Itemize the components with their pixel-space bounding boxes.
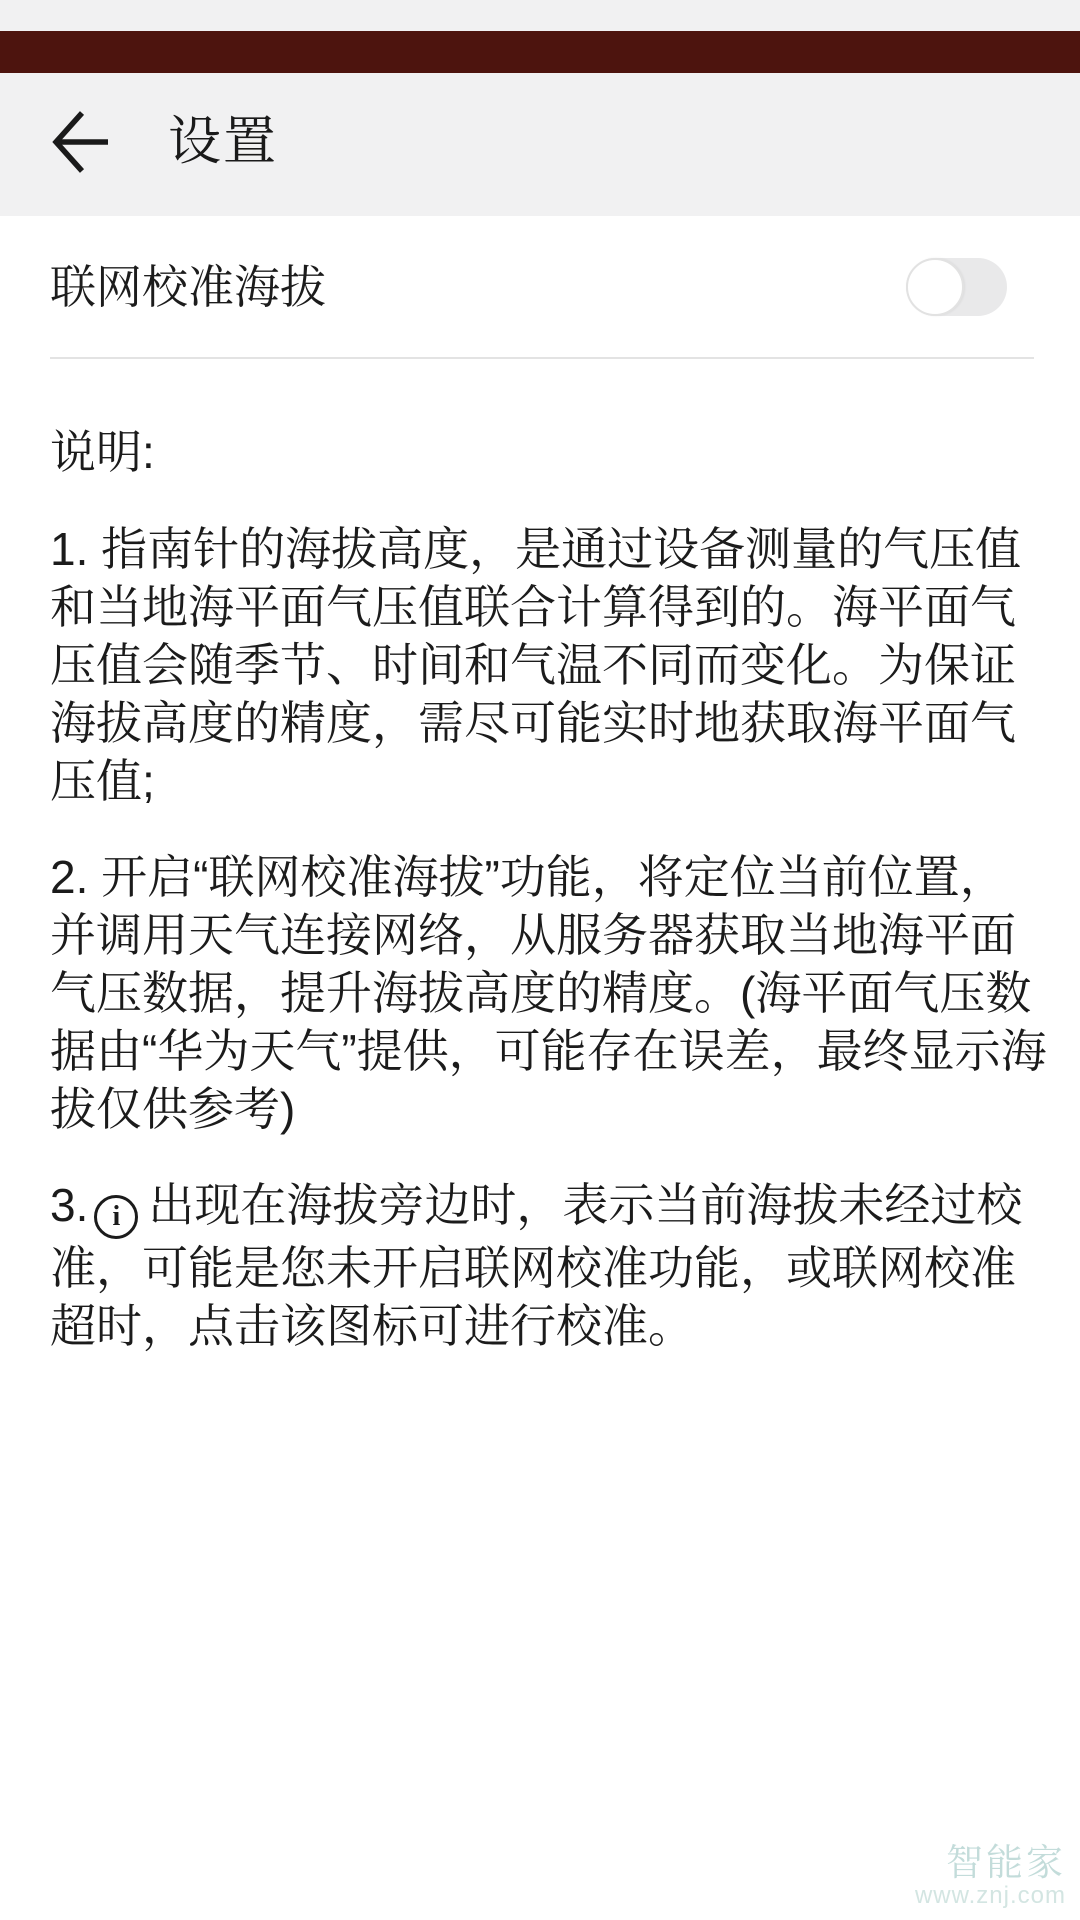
watermark: 智能家 www.znj.com [915,1844,1066,1910]
divider-line [50,357,1034,359]
watermark-url: www.znj.com [915,1882,1066,1910]
recording-indicator-bar [0,31,1080,73]
description-paragraph-2: 2. 开启“联网校准海拔”功能，将定位当前位置，并调用天气连接网络，从服务器获取… [50,848,1050,1138]
watermark-brand: 智能家 [915,1844,1066,1882]
online-calibration-toggle[interactable] [906,258,1007,316]
description-section: 说明: 1. 指南针的海拔高度，是通过设备测量的气压值和当地海平面气压值联合计算… [50,424,1050,1393]
description-heading: 说明: [50,424,1050,480]
paragraph-3-text: 出现在海拔旁边时，表示当前海拔未经过校准，可能是您未开启联网校准功能，或联网校准… [50,1179,1022,1352]
setting-label: 联网校准海拔 [50,258,326,316]
nav-row: 设置 [52,110,278,174]
toggle-knob [906,258,964,316]
description-paragraph-3: 3.i出现在海拔旁边时，表示当前海拔未经过校准，可能是您未开启联网校准功能，或联… [50,1176,1050,1355]
header-bar: 设置 [0,0,1080,216]
page-title: 设置 [168,110,278,174]
description-paragraph-1: 1. 指南针的海拔高度，是通过设备测量的气压值和当地海平面气压值联合计算得到的。… [50,520,1050,810]
info-icon: i [94,1195,138,1239]
paragraph-3-number: 3. [50,1179,88,1231]
settings-screen: 设置 联网校准海拔 说明: 1. 指南针的海拔高度，是通过设备测量的气压值和当地… [0,0,1080,1920]
back-arrow-icon[interactable] [52,110,110,174]
